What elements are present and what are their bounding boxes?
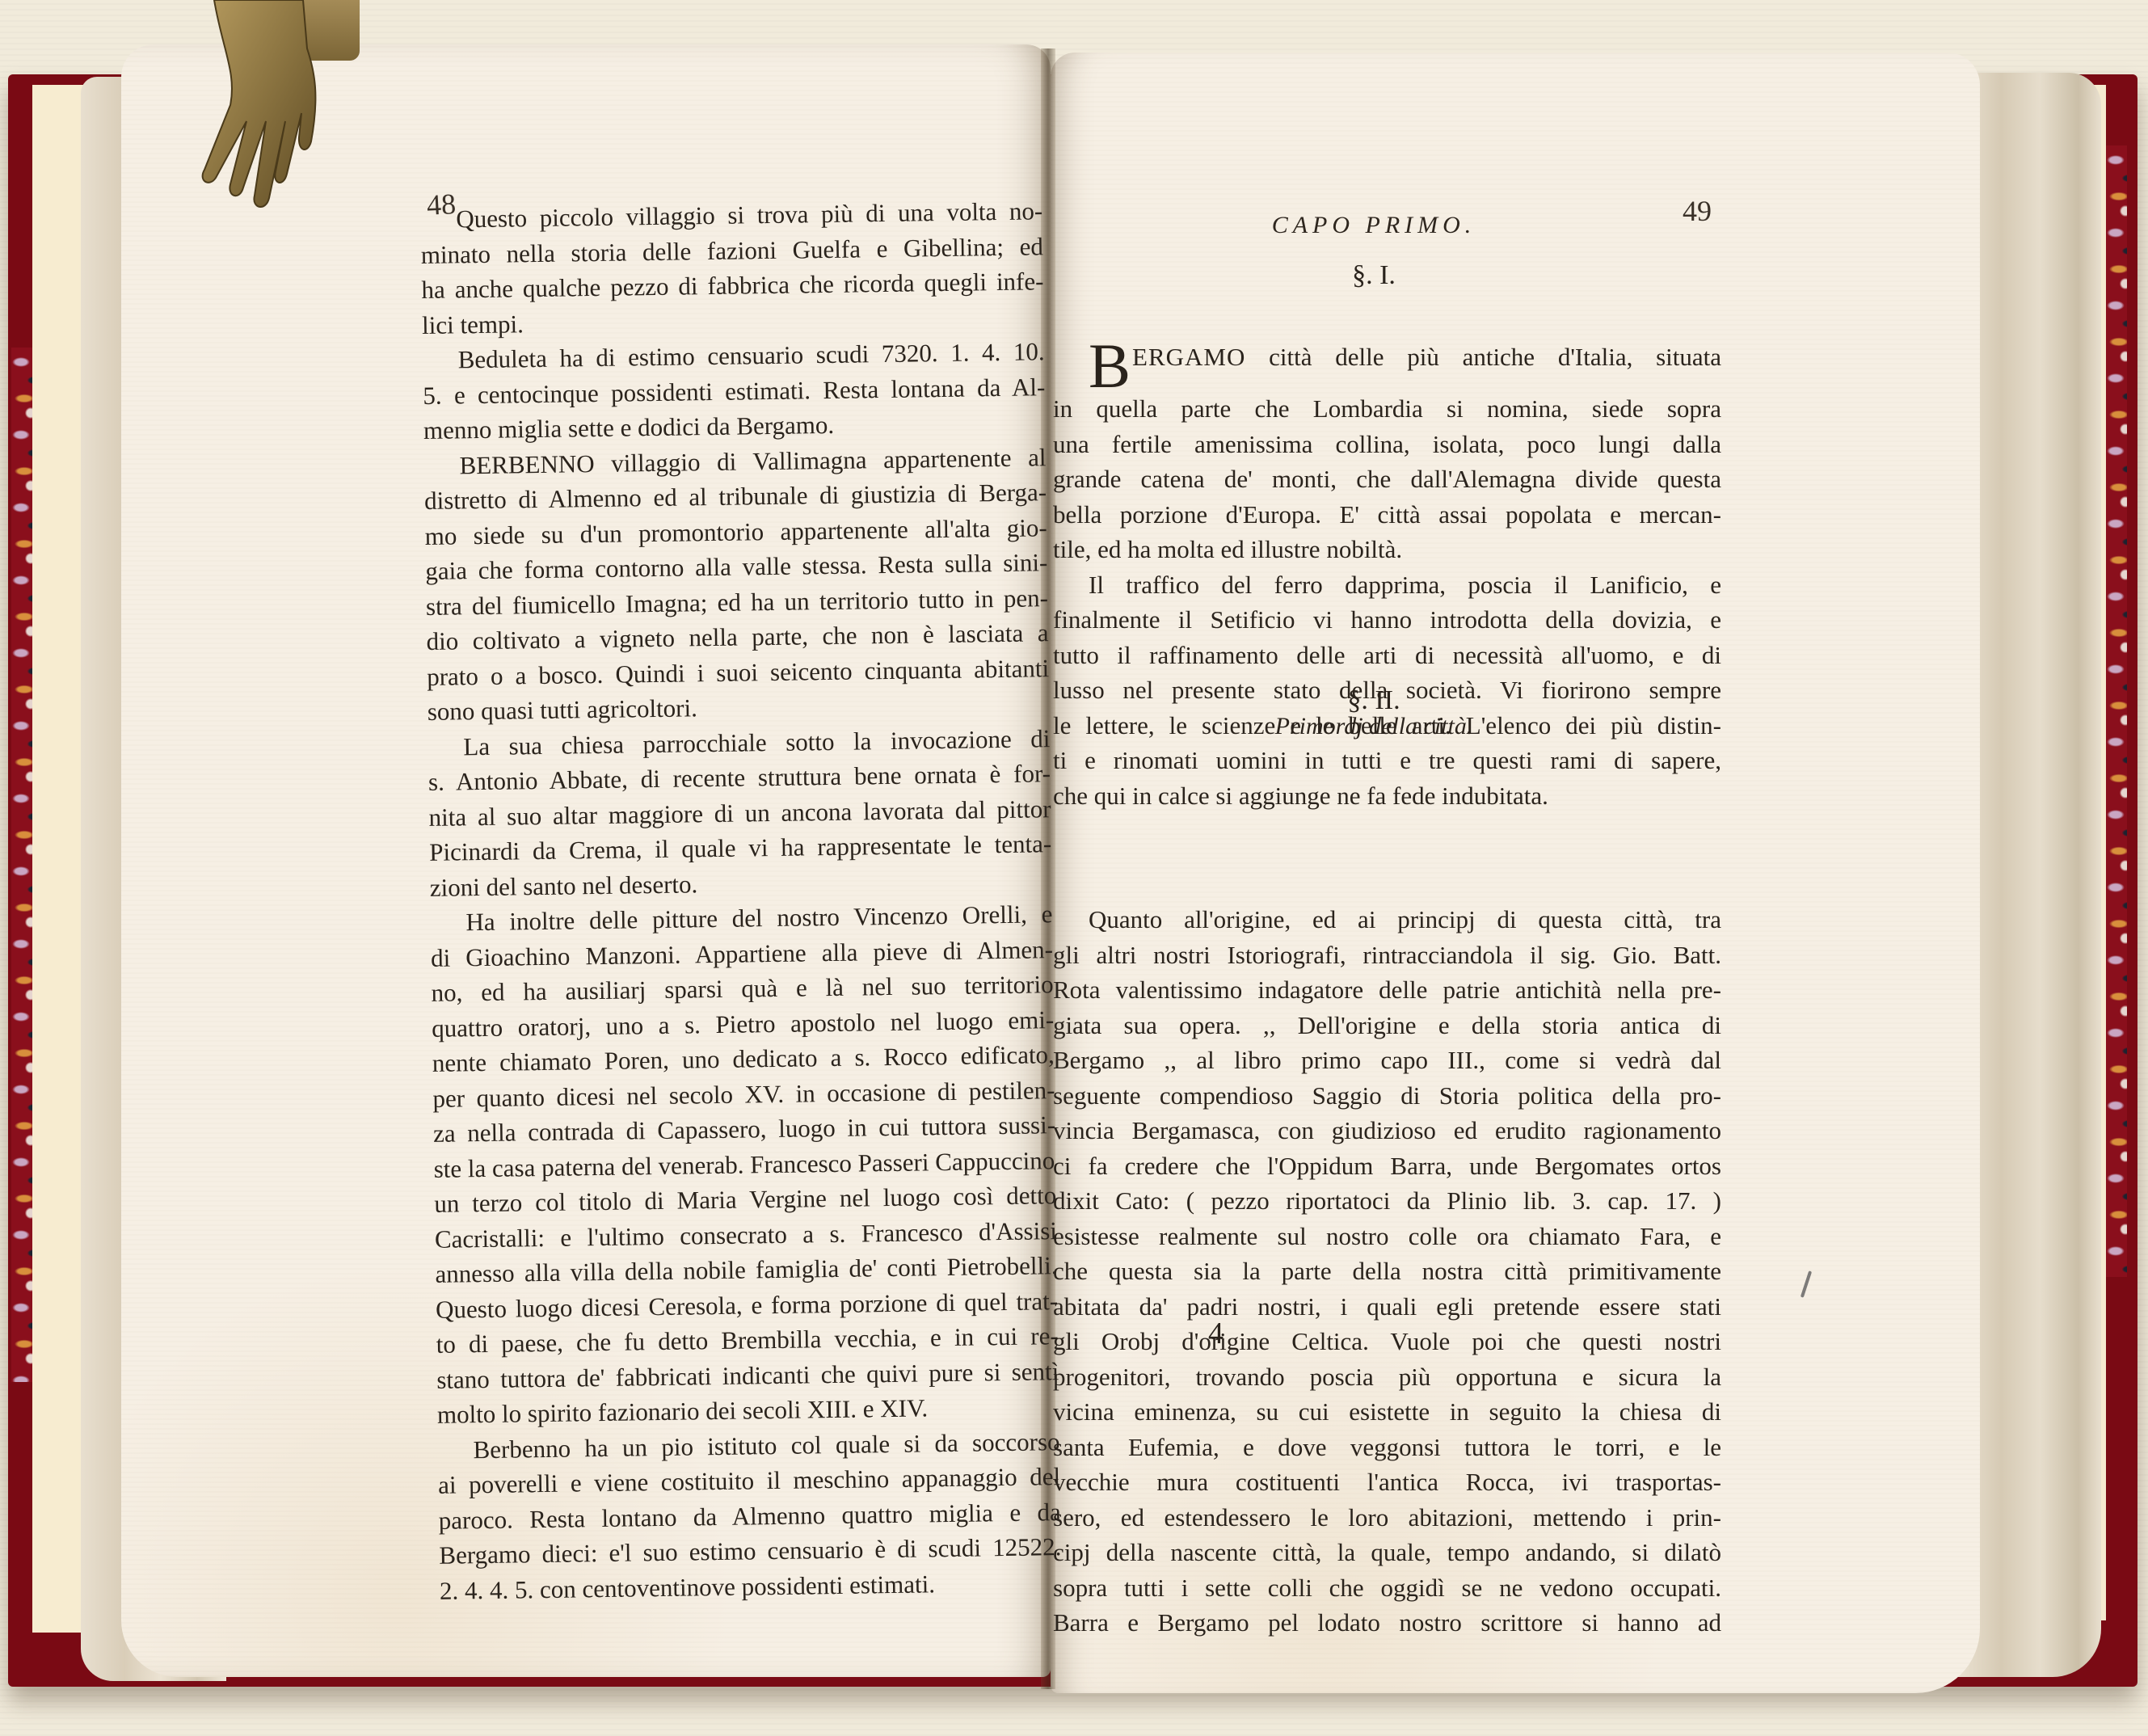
text-line: grande catena de' monti, che dall'Alemag… [1053, 461, 1721, 497]
text-line: seguente compendioso Saggio di Storia po… [1053, 1078, 1721, 1114]
text-line-first: BERGAMO città delle più antiche d'Italia… [1053, 339, 1721, 391]
text-line: che qui in calce si aggiunge ne fa fede … [1053, 778, 1721, 814]
text-line: in quella parte che Lombardia si nomina,… [1053, 391, 1721, 427]
text-fragment: città delle più antiche d'Italia, situat… [1245, 343, 1721, 371]
text-line: Quanto all'origine, ed ai principj di qu… [1053, 902, 1721, 938]
section-heading-1: §. I. [1309, 260, 1438, 291]
text-line: tutto il raffinamento delle arti di nece… [1053, 638, 1721, 673]
section-title-2: Primordj della città. [1172, 713, 1576, 740]
text-line: gli altri nostri Istoriografi, rintracci… [1053, 938, 1721, 973]
text-line: dixit Cato: ( pezzo riportatoci da Plini… [1053, 1183, 1721, 1219]
right-page-text: BERGAMO città delle più antiche d'Italia… [1053, 339, 1721, 1641]
marbled-endpaper-right [2106, 145, 2127, 1277]
text-line: Il traffico del ferro dapprima, poscia i… [1053, 567, 1721, 603]
text-line: gli Orobj d'origine Celtica. Vuole poi c… [1053, 1324, 1721, 1359]
left-page-text: Questo piccolo villaggio si trova più di… [420, 193, 1062, 1608]
drop-cap: B [1089, 341, 1131, 391]
signature-mark: 4 [1208, 1316, 1224, 1351]
section-heading-2: §. II. [1309, 685, 1438, 716]
running-head: CAPO PRIMO. [1261, 212, 1487, 239]
text-line: bella porzione d'Europa. E' città assai … [1053, 497, 1721, 533]
marbled-endpaper-left [11, 348, 34, 1382]
text-line: vicina eminenza, su cui esistette in seg… [1053, 1394, 1721, 1430]
first-word: ERGAMO [1132, 343, 1245, 371]
text-line: vincia Bergamasca, con giudizioso ed eru… [1053, 1113, 1721, 1148]
text-line: Barra e Bergamo pel lodato nostro scritt… [1053, 1605, 1721, 1641]
page-number-right: 49 [1683, 194, 1712, 228]
text-line: ti e rinomati uomini in tutti e tre ques… [1053, 743, 1721, 778]
text-line: sopra tutti i sette colli che oggidì se … [1053, 1570, 1721, 1606]
text-line: sero, ed estendessero le loro abitazioni… [1053, 1500, 1721, 1536]
text-line: esistesse realmente sul nostro colle ora… [1053, 1219, 1721, 1254]
brass-hand-clip-icon [166, 0, 352, 210]
text-line: Rota valentissimo indagatore delle patri… [1053, 972, 1721, 1008]
text-line: abitata da' padri nostri, i quali egli p… [1053, 1289, 1721, 1325]
text-line: tile, ed ha molta ed illustre nobiltà. [1053, 532, 1721, 567]
text-line: cipj della nascente città, la quale, tem… [1053, 1535, 1721, 1570]
text-line: vecchie mura costituenti l'antica Rocca,… [1053, 1464, 1721, 1500]
text-line: finalmente il Setificio vi hanno introdo… [1053, 602, 1721, 638]
text-line: progenitori, trovando poscia più opportu… [1053, 1359, 1721, 1395]
text-line: giata sua opera. ,, Dell'origine e della… [1053, 1008, 1721, 1043]
text-line: che questa sia la parte della nostra cit… [1053, 1254, 1721, 1289]
text-line: santa Eufemia, e dove veggonsi tuttora l… [1053, 1430, 1721, 1465]
text-line: Bergamo ,, al libro primo capo III., com… [1053, 1043, 1721, 1078]
section-spacer [1053, 813, 1721, 902]
text-line: una fertile amenissima collina, isolata,… [1053, 427, 1721, 462]
text-line: ci fa credere che l'Oppidum Barra, unde … [1053, 1148, 1721, 1184]
